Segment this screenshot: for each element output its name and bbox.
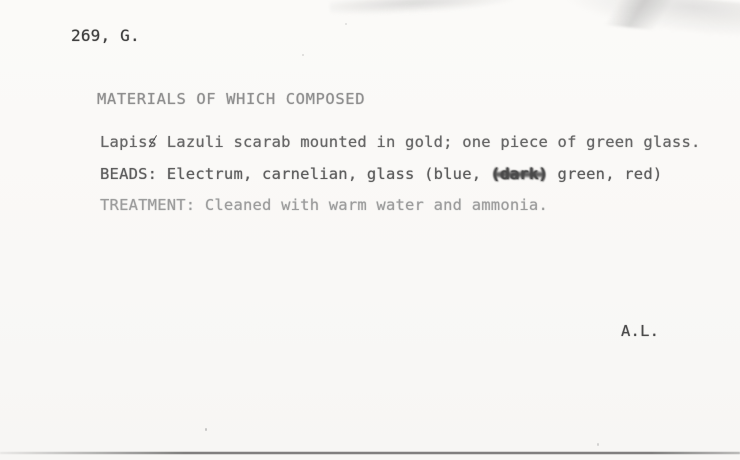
- materials-line-pre: Lapis: [100, 133, 148, 151]
- beads-line-post: green, red): [548, 165, 662, 183]
- catalog-card: 269, G. MATERIALS OF WHICH COMPOSED Lapi…: [0, 0, 740, 460]
- beads-line-pre: BEADS: Electrum, carnelian, glass (blue,: [100, 165, 491, 183]
- paper-smudge-top-center: [330, 0, 516, 17]
- paper-smudge-top-right: [559, 0, 740, 40]
- paper-speck: [345, 23, 347, 25]
- catalog-number: 269, G.: [71, 26, 140, 45]
- paper-speck: [205, 428, 207, 431]
- materials-line-post: Lazuli scarab mounted in gold; one piece…: [157, 133, 700, 151]
- paper-speck: [597, 443, 599, 446]
- beads-line: BEADS: Electrum, carnelian, glass (blue,…: [100, 165, 662, 183]
- card-bottom-edge: [0, 452, 740, 454]
- struck-character: s: [148, 133, 158, 151]
- struck-out-word: (dark): [491, 165, 548, 183]
- cataloguer-initials: A.L.: [621, 322, 659, 340]
- materials-heading: MATERIALS OF WHICH COMPOSED: [97, 90, 365, 108]
- treatment-line: TREATMENT: Cleaned with warm water and a…: [100, 196, 548, 214]
- materials-line: Lapiss Lazuli scarab mounted in gold; on…: [100, 133, 701, 151]
- paper-speck: [302, 54, 304, 56]
